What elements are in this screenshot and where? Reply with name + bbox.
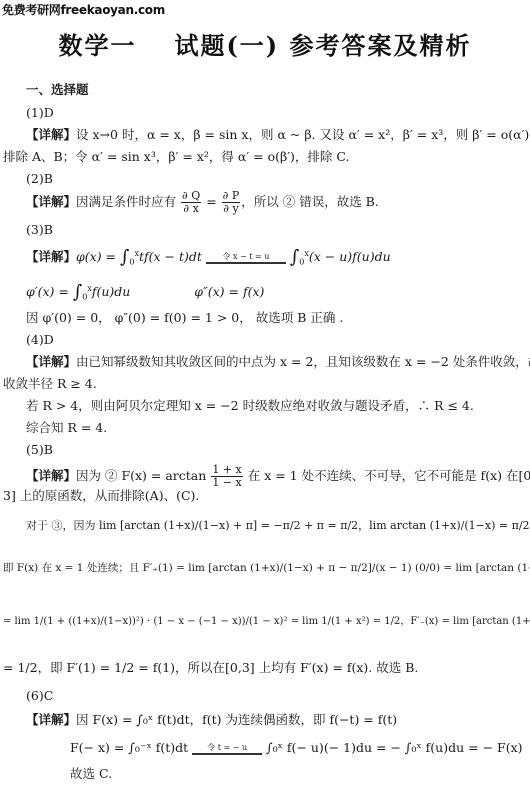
q3-conclusion: 因 φ′(0) = 0， φ″(0) = f(0) = 1 > 0， 故选项 B… xyxy=(26,310,343,326)
fraction-dQ-dx: ∂ Q∂ x xyxy=(181,190,201,215)
title-subject: 数学一 xyxy=(58,31,136,60)
substitution-arrow: 令 t = − u xyxy=(192,743,262,755)
fraction-dP-dy: ∂ P∂ y xyxy=(222,190,241,215)
integral-icon: ∫ xyxy=(120,247,129,268)
fraction-1px-1mx: 1 + x1 − x xyxy=(211,464,242,489)
q5-detail-line1: 【详解】因为 ② F(x) = arctan 1 + x1 − x 在 x = … xyxy=(26,464,530,489)
section-heading: 一、选择题 xyxy=(26,82,89,98)
q6-conclusion: 故选 C. xyxy=(70,766,112,782)
q1-detail-line2: 排除 A、B；令 α′ = sin x³，β′ = x²，得 α′ = o(β′… xyxy=(3,149,350,165)
q2-answer: (2)B xyxy=(26,171,53,187)
q1-detail-line1: 【详解】设 x→0 时，α = x，β = sin x，则 α ~ β. 又设 … xyxy=(26,127,530,143)
q1-answer: (1)D xyxy=(26,105,54,121)
q6-detail-line2: F(− x) = ∫₀⁻ˣ f(t)dt 令 t = − u ∫₀ˣ f(− u… xyxy=(70,740,523,756)
q4-detail-line1: 【详解】由已知幂级数知其收敛区间的中点为 x = 2，且知该级数在 x = −2… xyxy=(26,354,530,370)
page-title: 数学一试题(一) 参考答案及精析 xyxy=(0,26,530,61)
integral-icon: ∫ xyxy=(290,247,299,268)
q5-answer: (5)B xyxy=(26,442,53,458)
q3-answer: (3)B xyxy=(26,222,53,238)
q5-detail-line4: 即 F(x) 在 x = 1 处连续；且 F′₊(1) = lim [arcta… xyxy=(3,560,530,576)
q4-detail-line2: 收敛半径 R ≥ 4. xyxy=(3,376,97,392)
q4-detail-line3: 若 R > 4，则由阿贝尔定理知 x = −2 时级数应绝对收敛与题设矛盾，∴ … xyxy=(26,398,474,414)
detail-tag: 【详解】 xyxy=(26,194,76,209)
q4-answer: (4)D xyxy=(26,332,54,348)
q4-detail-line4: 综合知 R = 4. xyxy=(26,420,107,436)
substitution-arrow: 令 x − t = u xyxy=(206,252,286,264)
q3-phi-integral: 【详解】φ(x) = ∫0xtf(x − t)dt 令 x − t = u ∫0… xyxy=(26,246,391,271)
q2-detail: 【详解】因满足条件时应有 ∂ Q∂ x = ∂ P∂ y，所以 ② 错误，故选 … xyxy=(26,190,379,215)
integral-icon: ∫ xyxy=(73,282,82,303)
title-main: 试题(一) 参考答案及精析 xyxy=(174,31,471,60)
q3-derivatives: φ′(x) = ∫0xf(u)du φ″(x) = f(x) xyxy=(26,281,264,306)
detail-tag: 【详解】 xyxy=(26,249,76,264)
q5-detail-line5: = lim 1/(1 + ((1+x)/(1−x))²) · (1 − x − … xyxy=(3,614,530,630)
q6-detail-line1: 【详解】因 F(x) = ∫₀ˣ f(t)dt，f(t) 为连续偶函数，即 f(… xyxy=(26,712,397,728)
q5-detail-line6: = 1/2，即 F′(1) = 1/2 = f(1)，所以在[0,3] 上均有 … xyxy=(3,660,418,676)
q6-answer: (6)C xyxy=(26,688,53,704)
q5-detail-line2: 3] 上的原函数，从而排除(A)、(C). xyxy=(3,488,199,504)
watermark: 免费考研网freekaoyan.com xyxy=(2,1,165,18)
detail-tag: 【详解】 xyxy=(26,127,76,142)
q5-detail-line3: 对于 ③，因为 lim [arctan (1+x)/(1−x) + π] = −… xyxy=(26,518,530,534)
